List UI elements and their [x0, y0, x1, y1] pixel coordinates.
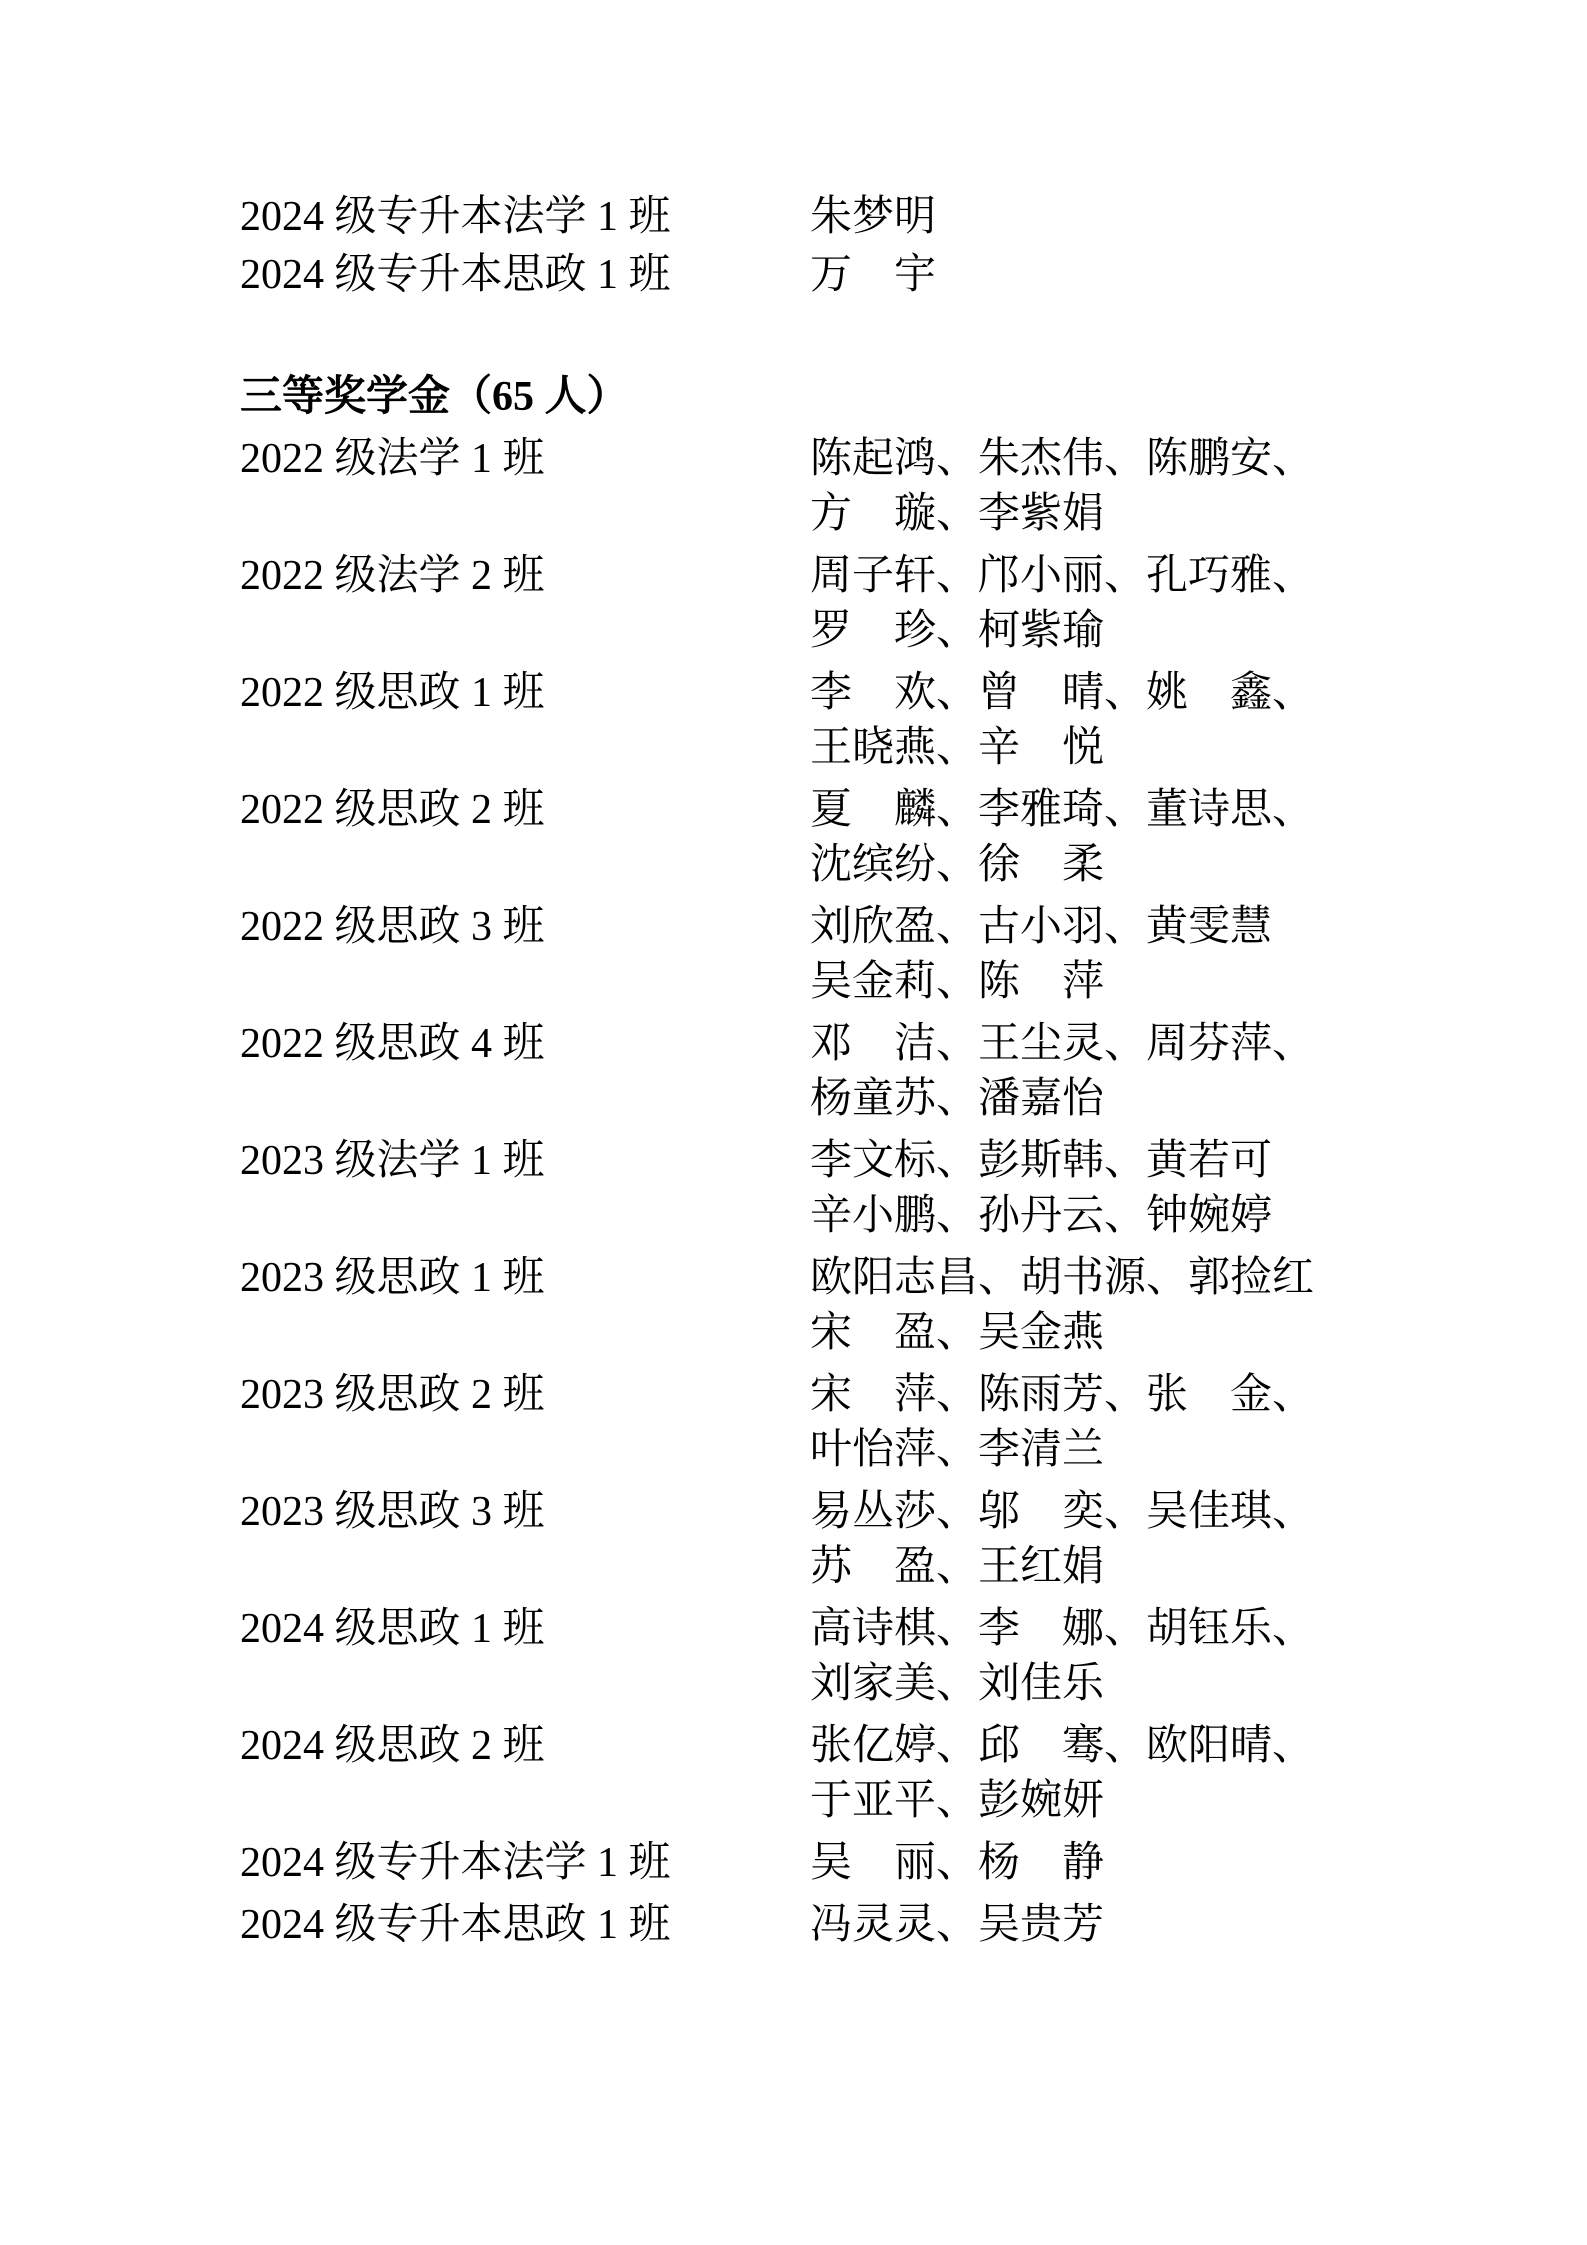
award-row: 2023 级法学 1 班 李文标、彭斯韩、黄若可 辛小鹏、孙丹云、钟婉婷 [240, 1134, 1507, 1244]
names-column: 易丛莎、邬 奕、吴佳琪、 苏 盈、王红娟 [810, 1485, 1350, 1595]
class-label: 2022 级思政 4 班 [240, 1017, 810, 1072]
names-column: 张亿婷、邱 骞、欧阳晴、 于亚平、彭婉妍 [810, 1719, 1350, 1829]
name-line: 夏 麟、李雅琦、董诗思、 [810, 783, 1350, 838]
name-line: 易丛莎、邬 奕、吴佳琪、 [810, 1485, 1350, 1540]
name-line: 刘欣盈、古小羽、黄雯慧 [810, 900, 1350, 955]
class-label: 2022 级法学 1 班 [240, 432, 810, 487]
name-line: 周子轩、邝小丽、孔巧雅、 [810, 549, 1350, 604]
award-row: 2024 级思政 2 班 张亿婷、邱 骞、欧阳晴、 于亚平、彭婉妍 [240, 1719, 1507, 1829]
name-line: 于亚平、彭婉妍 [810, 1774, 1350, 1829]
name-line: 宋 盈、吴金燕 [810, 1306, 1350, 1361]
name-line: 李 欢、曾 晴、姚 鑫、 [810, 666, 1350, 721]
class-label: 2024 级思政 1 班 [240, 1602, 810, 1657]
name-line: 宋 萍、陈雨芳、张 金、 [810, 1368, 1350, 1423]
names-column: 周子轩、邝小丽、孔巧雅、 罗 珍、柯紫瑜 [810, 549, 1350, 659]
class-label: 2024 级专升本法学 1 班 [240, 1836, 810, 1891]
award-row: 2023 级思政 2 班 宋 萍、陈雨芳、张 金、 叶怡萍、李清兰 [240, 1368, 1507, 1478]
name-line: 叶怡萍、李清兰 [810, 1423, 1350, 1478]
name-line: 王晓燕、辛 悦 [810, 721, 1350, 776]
names-column: 李 欢、曾 晴、姚 鑫、 王晓燕、辛 悦 [810, 666, 1350, 776]
class-label: 2023 级思政 3 班 [240, 1485, 810, 1540]
name-line: 方 璇、李紫娟 [810, 487, 1350, 542]
class-label: 2023 级思政 1 班 [240, 1251, 810, 1306]
class-label: 2024 级专升本思政 1 班 [240, 1898, 810, 1953]
award-row: 2022 级法学 2 班 周子轩、邝小丽、孔巧雅、 罗 珍、柯紫瑜 [240, 549, 1507, 659]
name-line: 刘家美、刘佳乐 [810, 1657, 1350, 1712]
names-column: 朱梦明 [810, 190, 1350, 245]
names-column: 宋 萍、陈雨芳、张 金、 叶怡萍、李清兰 [810, 1368, 1350, 1478]
award-row: 2023 级思政 1 班 欧阳志昌、胡书源、郭捡红 宋 盈、吴金燕 [240, 1251, 1507, 1361]
class-label: 2023 级法学 1 班 [240, 1134, 810, 1189]
class-label: 2024 级专升本思政 1 班 [240, 248, 810, 303]
name-line: 高诗棋、李 娜、胡钰乐、 [810, 1602, 1350, 1657]
section-heading: 三等奖学金（65 人） [240, 370, 1507, 425]
award-row: 2024 级专升本思政 1 班 万 宇 [240, 248, 1507, 303]
name-line: 万 宇 [810, 248, 1350, 303]
name-line: 沈缤纷、徐 柔 [810, 838, 1350, 893]
name-line: 李文标、彭斯韩、黄若可 [810, 1134, 1350, 1189]
page-content: 2024 级专升本法学 1 班 朱梦明 2024 级专升本思政 1 班 万 宇 … [0, 0, 1587, 1953]
class-label: 2022 级思政 2 班 [240, 783, 810, 838]
names-column: 冯灵灵、吴贵芳 [810, 1898, 1350, 1953]
name-line: 张亿婷、邱 骞、欧阳晴、 [810, 1719, 1350, 1774]
name-line: 吴 丽、杨 静 [810, 1836, 1350, 1891]
class-label: 2022 级思政 1 班 [240, 666, 810, 721]
name-line: 苏 盈、王红娟 [810, 1540, 1350, 1595]
award-row: 2022 级思政 4 班 邓 洁、王尘灵、周芬萍、 杨童苏、潘嘉怡 [240, 1017, 1507, 1127]
name-line: 辛小鹏、孙丹云、钟婉婷 [810, 1189, 1350, 1244]
names-column: 夏 麟、李雅琦、董诗思、 沈缤纷、徐 柔 [810, 783, 1350, 893]
name-line: 杨童苏、潘嘉怡 [810, 1072, 1350, 1127]
class-label: 2022 级思政 3 班 [240, 900, 810, 955]
award-row: 2022 级思政 2 班 夏 麟、李雅琦、董诗思、 沈缤纷、徐 柔 [240, 783, 1507, 893]
names-column: 欧阳志昌、胡书源、郭捡红 宋 盈、吴金燕 [810, 1251, 1350, 1361]
award-row: 2024 级专升本法学 1 班 吴 丽、杨 静 [240, 1836, 1507, 1891]
name-line: 陈起鸿、朱杰伟、陈鹏安、 [810, 432, 1350, 487]
award-row: 2022 级思政 3 班 刘欣盈、古小羽、黄雯慧 吴金莉、陈 萍 [240, 900, 1507, 1010]
class-label: 2023 级思政 2 班 [240, 1368, 810, 1423]
award-row: 2023 级思政 3 班 易丛莎、邬 奕、吴佳琪、 苏 盈、王红娟 [240, 1485, 1507, 1595]
name-line: 朱梦明 [810, 190, 1350, 245]
class-label: 2024 级专升本法学 1 班 [240, 190, 810, 245]
names-column: 高诗棋、李 娜、胡钰乐、 刘家美、刘佳乐 [810, 1602, 1350, 1712]
names-column: 陈起鸿、朱杰伟、陈鹏安、 方 璇、李紫娟 [810, 432, 1350, 542]
names-column: 吴 丽、杨 静 [810, 1836, 1350, 1891]
name-line: 吴金莉、陈 萍 [810, 955, 1350, 1010]
document-page: 2024 级专升本法学 1 班 朱梦明 2024 级专升本思政 1 班 万 宇 … [0, 0, 1587, 2245]
name-line: 冯灵灵、吴贵芳 [810, 1898, 1350, 1953]
names-column: 李文标、彭斯韩、黄若可 辛小鹏、孙丹云、钟婉婷 [810, 1134, 1350, 1244]
class-label: 2022 级法学 2 班 [240, 549, 810, 604]
name-line: 欧阳志昌、胡书源、郭捡红 [810, 1251, 1350, 1306]
names-column: 邓 洁、王尘灵、周芬萍、 杨童苏、潘嘉怡 [810, 1017, 1350, 1127]
award-row: 2024 级专升本思政 1 班 冯灵灵、吴贵芳 [240, 1898, 1507, 1953]
award-row: 2022 级法学 1 班 陈起鸿、朱杰伟、陈鹏安、 方 璇、李紫娟 [240, 432, 1507, 542]
name-line: 罗 珍、柯紫瑜 [810, 604, 1350, 659]
award-row: 2024 级思政 1 班 高诗棋、李 娜、胡钰乐、 刘家美、刘佳乐 [240, 1602, 1507, 1712]
award-row: 2024 级专升本法学 1 班 朱梦明 [240, 190, 1507, 245]
class-label: 2024 级思政 2 班 [240, 1719, 810, 1774]
names-column: 刘欣盈、古小羽、黄雯慧 吴金莉、陈 萍 [810, 900, 1350, 1010]
award-row: 2022 级思政 1 班 李 欢、曾 晴、姚 鑫、 王晓燕、辛 悦 [240, 666, 1507, 776]
names-column: 万 宇 [810, 248, 1350, 303]
name-line: 邓 洁、王尘灵、周芬萍、 [810, 1017, 1350, 1072]
